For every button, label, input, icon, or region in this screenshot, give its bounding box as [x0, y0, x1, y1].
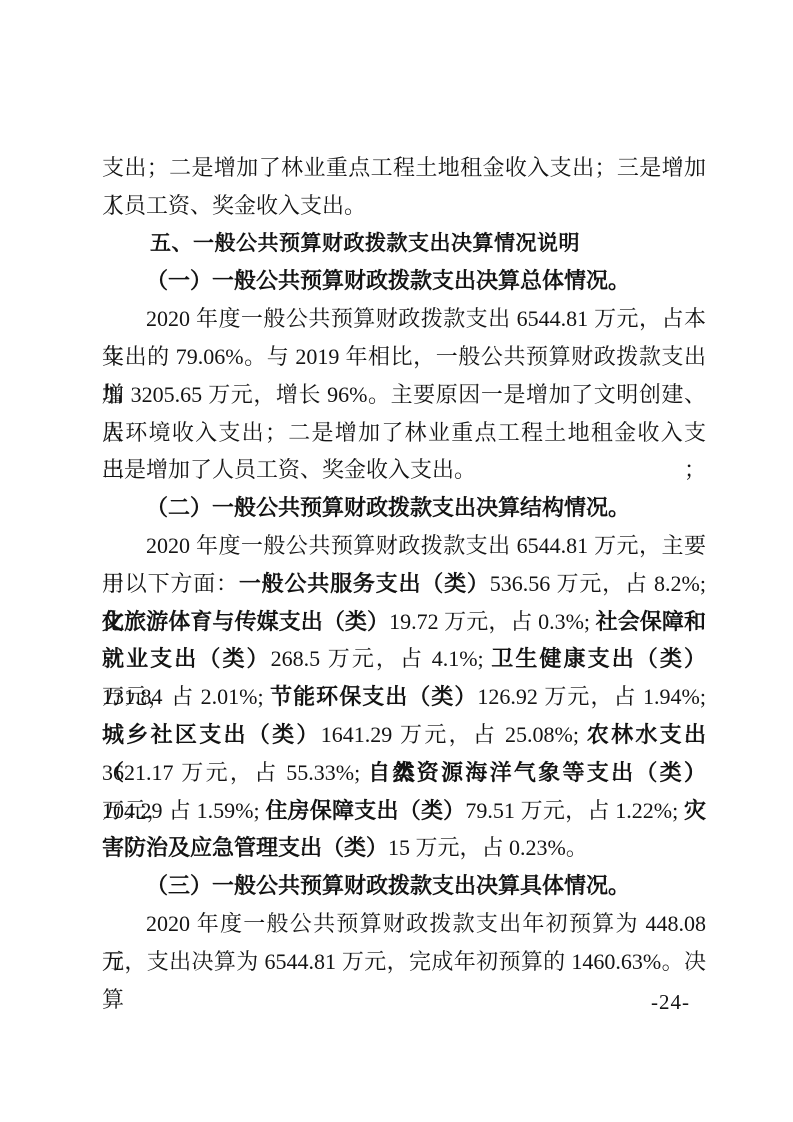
emphasis-text: 就业支出（类） [102, 646, 271, 671]
text-segment: 人员工资、奖金收入支出。 [102, 193, 366, 218]
document-page: 支出；二是增加了林业重点工程土地租金收入支出；三是增加了人员工资、奖金收入支出。… [0, 0, 793, 1122]
text-segment: 19.72 万元，占 0.3%; [389, 609, 596, 634]
emphasis-text: （二）一般公共预算财政拨款支出决算结构情况。 [146, 495, 630, 520]
text-segment: 15 万元，占 0.23%。 [388, 835, 588, 860]
heading-line: 五、一般公共预算财政拨款支出决算情况说明 [102, 225, 706, 263]
text-line: 2020 年度一般公共预算财政拨款支出 6544.81 万元，占本年 [102, 300, 706, 338]
emphasis-text: 害防治及应急管理支出（类） [102, 835, 388, 860]
text-segment: 79.51 万元，占 1.22%; [465, 798, 684, 823]
text-line: 人员工资、奖金收入支出。 [102, 187, 706, 225]
text-line: 2020 年度一般公共预算财政拨款支出年初预算为 448.08 万 [102, 905, 706, 943]
emphasis-text: 社会保障和 [596, 609, 706, 634]
heading-line: （三）一般公共预算财政拨款支出决算具体情况。 [102, 867, 706, 905]
text-line: 城乡社区支出（类）1641.29 万元，占 25.08%; 农林水支出（类） [102, 716, 706, 754]
emphasis-text: （一）一般公共预算财政拨款支出决算总体情况。 [146, 268, 630, 293]
text-line: 2020 年度一般公共预算财政拨款支出 6544.81 万元，主要用 [102, 527, 706, 565]
text-line: 支出；二是增加了林业重点工程土地租金收入支出；三是增加了 [102, 149, 706, 187]
text-segment: 三是增加了人员工资、奖金收入支出。 [102, 457, 476, 482]
page-number: -24- [651, 990, 690, 1014]
text-segment: 3621.17 万元，占 55.33%; [102, 760, 368, 785]
emphasis-text: 住房保障支出（类） [265, 798, 465, 823]
text-line: 3621.17 万元，占 55.33%; 自然资源海洋气象等支出（类）104.2… [102, 754, 706, 792]
emphasis-text: 一般公共服务支出（类） [239, 571, 490, 596]
text-segment: 536.56 万元，占 8.2%; [490, 571, 706, 596]
emphasis-text: 节能环保支出（类） [270, 684, 477, 709]
text-segment: 126.92 万元，占 1.94%; [477, 684, 706, 709]
text-line: 害防治及应急管理支出（类）15 万元，占 0.23%。 [102, 829, 706, 867]
text-segment: 1641.29 万元，占 25.08%; [321, 722, 587, 747]
emphasis-text: 灾 [684, 798, 706, 823]
text-segment: 万元，占 2.01%; [102, 684, 270, 709]
text-line: 加 3205.65 万元，增长 96%。主要原因一是增加了文明创建、人 [102, 376, 706, 414]
emphasis-text: 自然资源海洋气象等支出（类） [368, 760, 706, 785]
text-line: 元，支出决算为 6544.81 万元，完成年初预算的 1460.63%。决算 [102, 943, 706, 981]
text-segment: 于以下方面： [102, 571, 239, 596]
text-line: 居环境收入支出；二是增加了林业重点工程土地租金收入支出； [102, 414, 706, 452]
text-line: 化旅游体育与传媒支出（类）19.72 万元，占 0.3%; 社会保障和 [102, 603, 706, 641]
text-line: 支出的 79.06%。与 2019 年相比，一般公共预算财政拨款支出增 [102, 338, 706, 376]
heading-line: （二）一般公共预算财政拨款支出决算结构情况。 [102, 489, 706, 527]
text-line: 万元，占 1.59%; 住房保障支出（类）79.51 万元，占 1.22%; 灾 [102, 792, 706, 830]
heading-line: （一）一般公共预算财政拨款支出决算总体情况。 [102, 262, 706, 300]
text-line: 就业支出（类）268.5 万元，占 4.1%; 卫生健康支出（类）131.84 [102, 640, 706, 678]
emphasis-text: 五、一般公共预算财政拨款支出决算情况说明 [150, 232, 580, 255]
text-segment: 268.5 万元，占 4.1%; [271, 646, 492, 671]
text-line: 万元，占 2.01%; 节能环保支出（类）126.92 万元，占 1.94%; [102, 678, 706, 716]
emphasis-text: （三）一般公共预算财政拨款支出决算具体情况。 [146, 873, 630, 898]
emphasis-text: 卫生健康支出（类） [491, 646, 706, 671]
text-segment: 元，支出决算为 6544.81 万元，完成年初预算的 1460.63%。决算 [102, 949, 706, 1012]
document-body: 支出；二是增加了林业重点工程土地租金收入支出；三是增加了人员工资、奖金收入支出。… [102, 149, 706, 981]
text-line: 于以下方面：一般公共服务支出（类）536.56 万元，占 8.2%;文 [102, 565, 706, 603]
emphasis-text: 城乡社区支出（类） [102, 722, 321, 747]
emphasis-text: 化旅游体育与传媒支出（类） [102, 609, 389, 634]
text-segment: 万元，占 1.59%; [102, 798, 265, 823]
